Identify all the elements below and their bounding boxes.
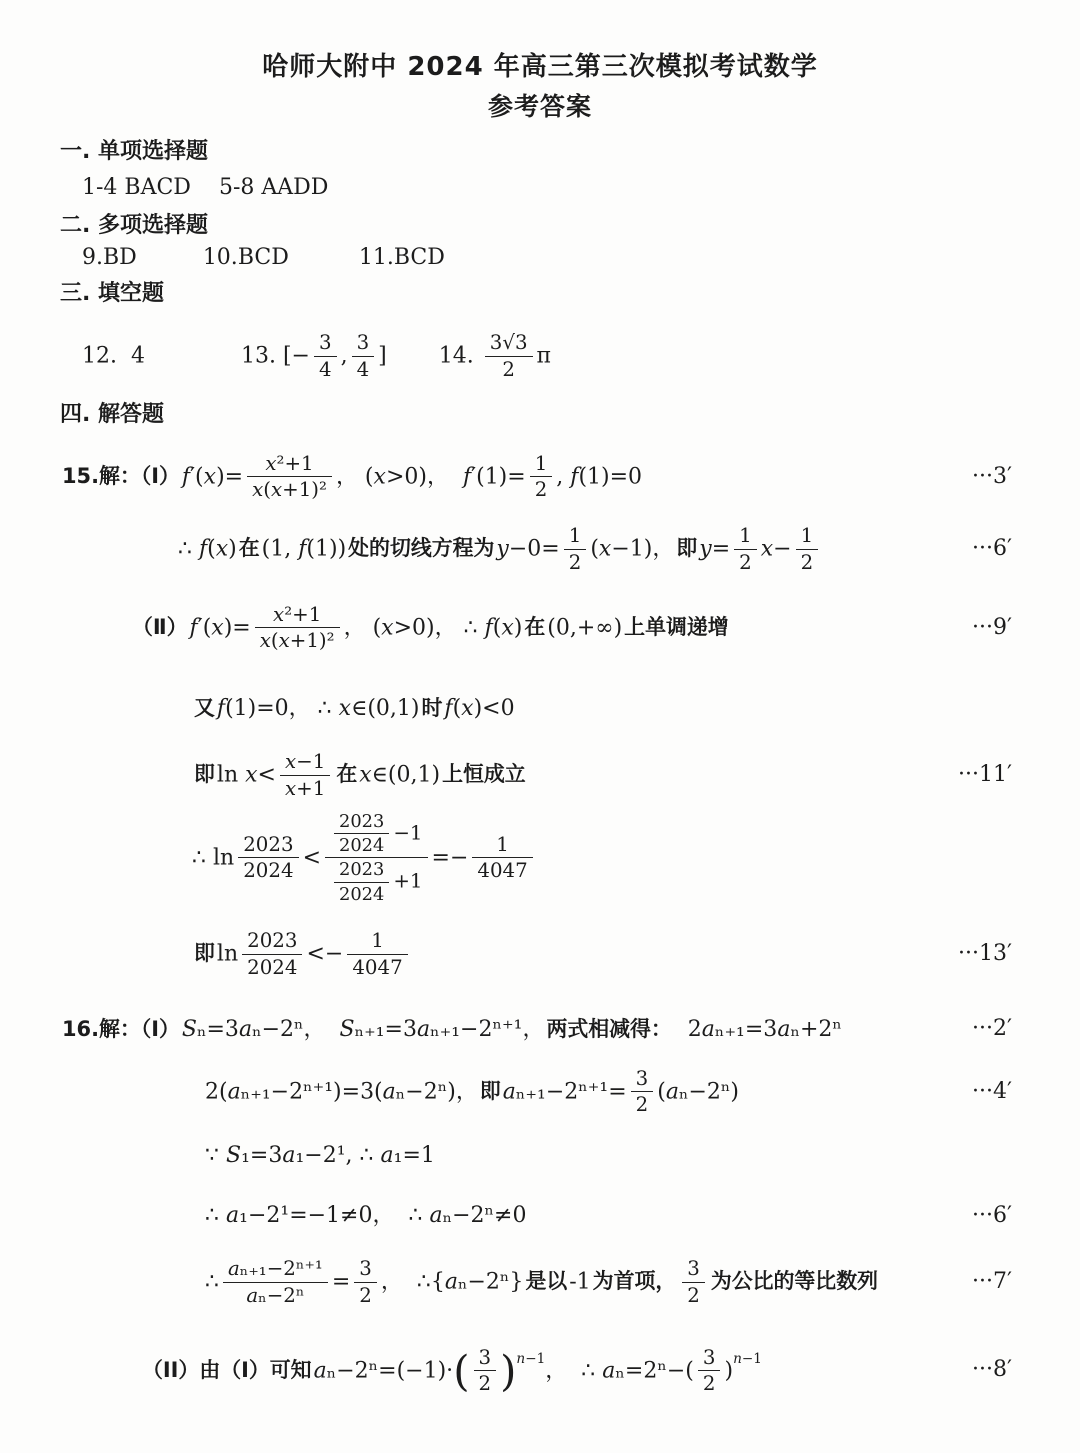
math-text: =: [332, 1269, 350, 1294]
math-text: ,: [556, 464, 570, 489]
cjk-text: 三. 填空题: [60, 281, 164, 306]
fraction: 34: [352, 331, 375, 382]
fraction: 12: [530, 452, 553, 503]
math-text: (: [263, 478, 271, 501]
fraction: 3√32: [485, 331, 533, 382]
page-title: 哈师大附中 2024 年高三第三次模拟考试数学: [60, 50, 1020, 84]
fraction: 12: [796, 524, 819, 575]
score-mark: ···6′: [972, 534, 1012, 564]
math-text: x: [273, 603, 284, 626]
fraction: 12: [734, 524, 757, 575]
numerator: 3: [631, 1067, 654, 1092]
math-text: 2: [801, 551, 814, 574]
math-text: a: [429, 1203, 442, 1228]
cjk-text: 16.解：（Ⅰ）: [60, 1017, 182, 1041]
math-text: x: [245, 762, 257, 787]
math-text: 2024: [247, 956, 297, 979]
cjk-text: 两式相减得：: [544, 1017, 673, 1041]
superscript: n−1: [733, 1351, 762, 1367]
math-text: x: [359, 762, 371, 787]
math-text: ∴: [205, 1269, 219, 1294]
math-text: f: [463, 464, 471, 489]
numerator: 3: [314, 331, 337, 356]
math-text: 1: [569, 524, 582, 547]
math-text: (: [657, 1079, 666, 1104]
score-mark: ···8′: [972, 1355, 1012, 1385]
math-text: x: [265, 452, 276, 475]
numerator: x²+1: [247, 452, 332, 477]
math-text: 1: [535, 452, 548, 475]
math-text: ， (: [336, 464, 374, 489]
math-text: ₙ₊₁−2ⁿ⁺¹=: [516, 1079, 627, 1104]
q15-part2-step5: 即ln20232024<−14047···13′: [60, 929, 1080, 980]
math-text: 2023: [243, 833, 293, 856]
math-text: x: [285, 777, 296, 800]
math-text: x: [279, 629, 290, 652]
cjk-text: 二. 多项选择题: [60, 213, 208, 238]
math-text: n: [733, 1351, 742, 1367]
math-text: S: [340, 1017, 355, 1042]
math-text: ln: [217, 762, 238, 787]
cjk-text: 在: [522, 615, 547, 639]
math-text: 5-8: [219, 175, 261, 200]
cjk-text: 为公比的等比数列: [709, 1269, 880, 1293]
math-text: π: [537, 343, 551, 368]
denominator: 2: [474, 1370, 497, 1396]
numerator: 3: [352, 331, 375, 356]
math-text: 2024: [339, 835, 384, 856]
math-text: (0,+∞): [547, 615, 622, 640]
math-text: 3: [319, 331, 332, 354]
numerator: 3: [474, 1346, 497, 1371]
denominator: 2: [631, 1091, 654, 1117]
math-text: a: [226, 1203, 239, 1228]
numerator: 2023: [334, 811, 389, 833]
score-mark: ···2′: [972, 1014, 1012, 1044]
section-3-answers: 12. 413. [−34,34]14. 3√32π: [60, 331, 1080, 382]
math-text: +1)²: [290, 629, 335, 652]
fraction: x²+1x(x+1)²: [255, 603, 340, 654]
answer-lines: 一. 单项选择题1-4 BACD5-8 AADD二. 多项选择题9.BD10.B…: [60, 137, 1080, 1396]
q16-part1-step1: 16.解：（Ⅰ）Sₙ=3aₙ−2ⁿ， Sₙ₊₁=3aₙ₊₁−2ⁿ⁺¹，两式相减得…: [60, 1014, 1080, 1045]
fraction: x²+1x(x+1)²: [247, 452, 332, 503]
fraction: 32: [474, 1346, 497, 1397]
denominator: 20232024+1: [325, 857, 428, 905]
math-text: (: [271, 629, 279, 652]
math-text: +1)²: [282, 478, 327, 501]
math-text: 14.: [439, 343, 481, 368]
denominator: x(x+1)²: [255, 627, 340, 653]
math-text: >0)， ∴: [394, 615, 485, 640]
math-text: x: [285, 750, 296, 773]
denominator: 2: [530, 476, 553, 502]
fraction: 34: [314, 331, 337, 382]
cjk-text: 15.解：（Ⅰ）: [60, 464, 182, 488]
cjk-text: 是以: [523, 1269, 569, 1293]
math-text: ₙ−2ⁿ，: [252, 1017, 339, 1042]
math-text: ∈(0,1): [372, 762, 440, 787]
math-text: x: [252, 478, 263, 501]
math-text: ₁=1: [394, 1143, 435, 1168]
numerator: x²+1: [255, 603, 340, 628]
math-text: f: [182, 464, 190, 489]
math-text: x: [339, 696, 351, 721]
q16-part2-step1: （II）由（I）可知aₙ−2ⁿ=(−1)·(32)n−1， ∴ aₙ=2ⁿ−(3…: [60, 1344, 1080, 1397]
math-text: +1: [296, 777, 325, 800]
numerator: 1: [347, 929, 407, 954]
math-text: a: [445, 1269, 458, 1294]
cjk-text: 上恒成立: [440, 762, 528, 786]
math-text: a: [282, 1143, 295, 1168]
section-3-heading: 三. 填空题: [60, 279, 1080, 309]
q15-part2-step4: ∴ ln20232024<20232024−120232024+1=−14047: [60, 811, 1080, 906]
cjk-text: 为首项，: [591, 1269, 679, 1293]
math-text: ₙ=3: [197, 1017, 239, 1042]
math-text: ₁=3: [241, 1143, 282, 1168]
math-text: a: [228, 1079, 241, 1104]
section-2-answers: 9.BD10.BCD11.BCD: [60, 243, 1080, 273]
denominator: x(x+1)²: [247, 476, 332, 502]
math-text: −1: [525, 1351, 545, 1367]
math-text: 1: [496, 833, 509, 856]
math-text: (: [207, 536, 216, 561]
math-text: a: [228, 1257, 240, 1280]
math-text: 1-4: [82, 175, 124, 200]
q16-part1-step3: ∵ S₁=3a₁−2¹, ∴ a₁=1: [60, 1141, 1080, 1171]
math-text: ₙ−2ⁿ≠0: [443, 1203, 527, 1228]
math-text: 11.: [359, 245, 394, 270]
math-text: BCD: [238, 245, 289, 270]
math-text: 2: [479, 1372, 492, 1395]
fraction: 32: [354, 1257, 377, 1308]
math-text: 2: [687, 1284, 700, 1307]
numerator: x−1: [280, 750, 330, 775]
math-text: 3√3: [490, 331, 528, 354]
fraction: 14047: [472, 833, 532, 884]
numerator: 2023: [242, 929, 302, 954]
big-paren: (: [453, 1346, 469, 1395]
math-text: y: [496, 536, 508, 561]
math-text: −1: [393, 821, 422, 844]
math-text: a: [417, 1017, 430, 1042]
q15-part2-step2: 又f(1)=0， ∴ x∈(0,1)时f(x)<0: [60, 693, 1080, 724]
math-text: a: [702, 1017, 715, 1042]
math-text: x: [216, 536, 228, 561]
math-text: 3: [687, 1257, 700, 1280]
math-text: ∴: [178, 536, 199, 561]
denominator: 4: [352, 356, 375, 382]
math-text: ₙ=2ⁿ−(: [615, 1358, 693, 1383]
math-text: <−: [306, 941, 343, 966]
denominator: 2: [734, 549, 757, 575]
section-4-heading: 四. 解答题: [60, 400, 1080, 430]
math-text: 2: [703, 1372, 716, 1395]
denominator: 2: [564, 549, 587, 575]
math-text: 1: [739, 524, 752, 547]
denominator: 2024: [334, 882, 389, 905]
denominator: 4: [314, 356, 337, 382]
math-text: 3: [479, 1346, 492, 1369]
denominator: 2: [698, 1370, 721, 1396]
fraction: 12: [564, 524, 587, 575]
answer-sheet-page: 哈师大附中 2024 年高三第三次模拟考试数学 参考答案 一. 单项选择题1-4…: [0, 0, 1080, 1453]
math-text: 10.: [203, 245, 238, 270]
math-text: f: [485, 615, 493, 640]
math-text: 2024: [243, 859, 293, 882]
math-text: 2: [674, 1017, 702, 1042]
math-text: AADD: [261, 175, 328, 200]
math-text: 1: [371, 929, 384, 952]
math-text: a: [314, 1358, 327, 1383]
denominator: 4047: [472, 857, 532, 883]
math-text: (1)=0: [578, 464, 642, 489]
fraction: 32: [698, 1346, 721, 1397]
denominator: 4047: [347, 954, 407, 980]
math-text: f: [199, 536, 207, 561]
math-text: ]: [378, 343, 387, 368]
fraction: aₙ₊₁−2ⁿ⁺¹aₙ−2ⁿ: [223, 1257, 328, 1308]
fraction: 14047: [347, 929, 407, 980]
numerator: 1: [564, 524, 587, 549]
math-text: ₙ₊₁=3: [715, 1017, 777, 1042]
fraction: 20232024: [334, 859, 389, 905]
math-text: 4047: [477, 859, 527, 882]
math-text: (1)): [306, 536, 346, 561]
math-text: 3: [636, 1067, 649, 1090]
denominator: 2024: [334, 833, 389, 856]
math-text: -1: [569, 1269, 590, 1294]
denominator: aₙ−2ⁿ: [223, 1282, 328, 1308]
cjk-text: 即: [192, 762, 217, 786]
math-text: 4: [357, 358, 370, 381]
math-text: ∵: [205, 1143, 226, 1168]
cjk-text: 又: [192, 696, 217, 720]
cjk-text: 一. 单项选择题: [60, 139, 208, 164]
math-text: x: [461, 696, 473, 721]
math-text: )=: [216, 464, 243, 489]
math-text: 2: [636, 1093, 649, 1116]
fraction: 32: [682, 1257, 705, 1308]
numerator: 2023: [238, 833, 298, 858]
math-text: ₙ−2ⁿ=(−1)·: [327, 1358, 454, 1383]
q15-part1-step1: 15.解：（Ⅰ）f′(x)=x²+1x(x+1)²， (x>0)， f′(1)=…: [60, 452, 1080, 503]
big-paren: ): [500, 1346, 516, 1395]
math-text: (: [453, 696, 462, 721]
math-text: ²+1: [277, 452, 314, 475]
math-text: ): [724, 1358, 733, 1383]
numerator: 20232024−1: [325, 811, 428, 858]
math-text: +1: [393, 870, 422, 893]
fraction: 32: [631, 1067, 654, 1118]
cjk-text: 时: [420, 696, 445, 720]
math-text: 2(: [205, 1079, 228, 1104]
math-text: <: [303, 845, 321, 870]
math-text: a: [666, 1079, 679, 1104]
numerator: 1: [472, 833, 532, 858]
math-text: ln: [217, 941, 238, 966]
math-text: 9.: [82, 245, 103, 270]
math-text: f: [217, 696, 225, 721]
math-text: a: [246, 1284, 258, 1307]
cjk-text: （Ⅱ）: [130, 615, 190, 639]
math-text: ₙ₊₁=3: [355, 1017, 417, 1042]
section-1-answers: 1-4 BACD5-8 AADD: [60, 173, 1080, 203]
math-text: 2: [739, 551, 752, 574]
numerator: aₙ₊₁−2ⁿ⁺¹: [223, 1257, 328, 1282]
math-text: )<0: [474, 696, 515, 721]
math-text: y: [699, 536, 711, 561]
math-text: 2023: [339, 859, 384, 880]
q16-part1-step5: ∴aₙ₊₁−2ⁿ⁺¹aₙ−2ⁿ=32， ∴{aₙ−2ⁿ}是以-1为首项，32为公…: [60, 1257, 1080, 1308]
math-text: 2023: [339, 811, 384, 832]
math-text: x: [374, 464, 386, 489]
math-text: 4047: [352, 956, 402, 979]
math-text: )=: [224, 615, 251, 640]
cjk-text: 处的切线方程为: [346, 536, 496, 560]
math-text: a: [381, 1143, 394, 1168]
denominator: 2: [796, 549, 819, 575]
denominator: 2: [682, 1282, 705, 1308]
score-mark: ···4′: [972, 1077, 1012, 1107]
numerator: 1: [734, 524, 757, 549]
q15-part2-step1: （Ⅱ）f′(x)=x²+1x(x+1)²， (x>0)， ∴ f(x)在(0,+…: [60, 603, 1080, 654]
math-text: ₁−2¹, ∴: [295, 1143, 380, 1168]
math-text: 2023: [247, 929, 297, 952]
cjk-text: 即: [674, 536, 699, 560]
math-text: x: [599, 536, 611, 561]
math-text: x: [211, 615, 223, 640]
math-text: ′(: [198, 615, 212, 640]
math-text: ₙ+2ⁿ: [790, 1017, 841, 1042]
cjk-text: 四. 解答题: [60, 402, 164, 427]
score-mark: ···7′: [972, 1267, 1012, 1297]
math-text: f: [444, 696, 452, 721]
math-text: =−: [432, 845, 469, 870]
math-text: x: [260, 629, 271, 652]
superscript: n−1: [516, 1351, 545, 1367]
math-text: ₙ₊₁−2ⁿ⁺¹: [240, 1257, 323, 1280]
numerator: 3√3: [485, 331, 533, 356]
math-text: (1,: [262, 536, 299, 561]
denominator: 2024: [238, 857, 298, 883]
math-text: (: [590, 536, 599, 561]
math-text: −1: [742, 1351, 762, 1367]
math-text: (1)=0， ∴: [225, 696, 339, 721]
denominator: 2: [485, 356, 533, 382]
score-mark: ···3′: [972, 462, 1012, 492]
numerator: 1: [796, 524, 819, 549]
cjk-text: 在: [334, 762, 359, 786]
math-text: 2: [569, 551, 582, 574]
math-text: ， ∴{: [381, 1269, 445, 1294]
math-text: ， (: [344, 615, 382, 640]
fraction: 20232024: [334, 811, 389, 857]
math-text: −0=: [509, 536, 560, 561]
math-text: ∈(0,1): [351, 696, 419, 721]
math-text: S: [182, 1017, 197, 1042]
math-text: BACD: [124, 175, 191, 200]
fraction: 20232024: [238, 833, 298, 884]
cjk-text: 即: [192, 941, 217, 965]
math-text: BCD: [394, 245, 445, 270]
math-text: 2: [359, 1284, 372, 1307]
math-text: 12. 4: [82, 343, 145, 368]
math-text: ， ∴: [545, 1358, 602, 1383]
q16-part1-step4: ∴ a₁−2¹=−1≠0， ∴ aₙ−2ⁿ≠0···6′: [60, 1201, 1080, 1231]
q16-part1-step2: 2(aₙ₊₁−2ⁿ⁺¹)=3(aₙ−2ⁿ)，即aₙ₊₁−2ⁿ⁺¹=32(aₙ−2…: [60, 1067, 1080, 1118]
math-text: n: [516, 1351, 525, 1367]
math-text: ²+1: [284, 603, 321, 626]
math-text: BD: [103, 245, 137, 270]
page-subtitle: 参考答案: [60, 90, 1020, 123]
numerator: 2023: [334, 859, 389, 881]
math-text: ₙ−2ⁿ: [258, 1284, 304, 1307]
math-text: 3: [357, 331, 370, 354]
math-text: a: [383, 1079, 396, 1104]
math-text: a: [503, 1079, 516, 1104]
math-text: a: [777, 1017, 790, 1042]
math-text: x: [204, 464, 216, 489]
math-text: 4: [319, 358, 332, 381]
section-1-heading: 一. 单项选择题: [60, 137, 1080, 167]
numerator: 3: [698, 1346, 721, 1371]
denominator: x+1: [280, 775, 330, 801]
math-text: ∴: [192, 845, 213, 870]
score-mark: ···11′: [958, 760, 1012, 790]
math-text: ₙ₊₁−2ⁿ⁺¹)=3(: [241, 1079, 383, 1104]
score-mark: ···9′: [972, 613, 1012, 643]
section-2-heading: 二. 多项选择题: [60, 211, 1080, 241]
math-text: 13. [−: [241, 343, 310, 368]
math-text: ₁−2¹=−1≠0， ∴: [239, 1203, 429, 1228]
math-text: −1: [296, 750, 325, 773]
math-text: <: [258, 762, 276, 787]
denominator: 2: [354, 1282, 377, 1308]
math-text: =: [712, 536, 730, 561]
math-text: x: [761, 536, 773, 561]
math-text: ₙ−2ⁿ)，: [396, 1079, 478, 1104]
math-text: x: [501, 615, 513, 640]
math-text: ₙ−2ⁿ}: [458, 1269, 523, 1294]
math-text: S: [226, 1143, 241, 1168]
math-text: >0)，: [386, 464, 463, 489]
math-text: 3: [359, 1257, 372, 1280]
math-text: 2: [535, 478, 548, 501]
math-text: 3: [703, 1346, 716, 1369]
math-text: f: [190, 615, 198, 640]
math-text: −1)，: [611, 536, 674, 561]
score-mark: ···6′: [972, 1201, 1012, 1231]
math-text: −: [773, 536, 791, 561]
numerator: 1: [530, 452, 553, 477]
math-text: ′(1)=: [471, 464, 526, 489]
math-text: 2024: [339, 884, 384, 905]
math-text: 2: [502, 358, 515, 381]
math-text: ₙ₊₁−2ⁿ⁺¹，: [430, 1017, 544, 1042]
fraction: x−1x+1: [280, 750, 330, 801]
fraction: 20232024: [242, 929, 302, 980]
q15-part2-step3: 即ln x<x−1x+1在x∈(0,1)上恒成立···11′: [60, 750, 1080, 801]
numerator: 3: [354, 1257, 377, 1282]
math-text: ln: [213, 845, 234, 870]
cjk-text: （II）由（I）可知: [140, 1358, 314, 1382]
math-text: x: [271, 478, 282, 501]
math-text: a: [602, 1358, 615, 1383]
math-text: x: [381, 615, 393, 640]
math-text: 1: [801, 524, 814, 547]
denominator: 2024: [242, 954, 302, 980]
cjk-text: 在: [237, 536, 262, 560]
